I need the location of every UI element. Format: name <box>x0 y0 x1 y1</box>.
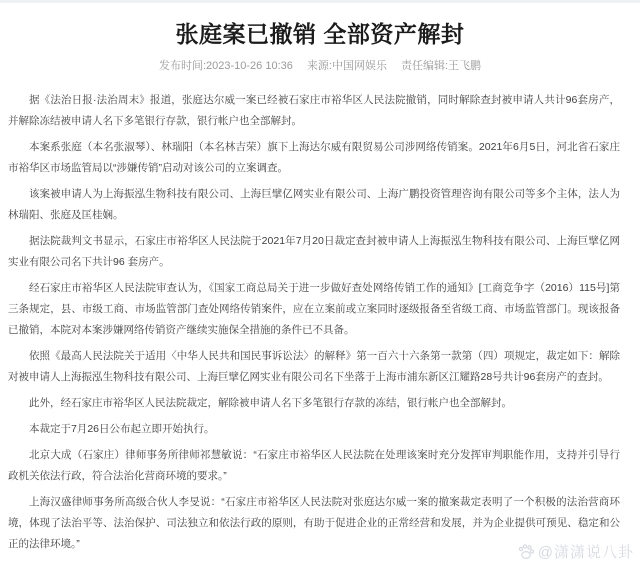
paragraph: 此外，经石家庄市裕华区人民法院裁定，解除被申请人名下多笔银行存款的冻结，银行帐户… <box>8 393 620 414</box>
editor-label: 责任编辑:王飞鹏 <box>401 60 481 72</box>
article-meta: 发布时间:2023-10-26 10:36来源:中国网娱乐责任编辑:王飞鹏 <box>0 59 640 73</box>
paragraph: 上海汉盛律师事务所高级合伙人李旻说：“石家庄市裕华区人民法院对张庭达尔威一案的撤… <box>8 492 620 555</box>
paragraph: 经石家庄市裕华区人民法院审查认为，《国家工商总局关于进一步做好查处网络传销工作的… <box>8 278 620 341</box>
paragraph: 该案被申请人为上海振泓生物科技有限公司、上海巨擘亿网实业有限公司、上海广鹏投资管… <box>8 184 620 226</box>
publish-time-label: 发布时间:2023-10-26 10:36 <box>159 60 293 72</box>
paragraph: 本裁定于7月26日公布起立即开始执行。 <box>8 419 620 440</box>
paragraph: 本案系张庭（本名张淑琴）、林瑞阳（本名林吉荣）旗下上海达尔威有限贸易公司涉网络传… <box>8 137 620 179</box>
paragraph: 据法院裁判文书显示，石家庄市裕华区人民法院于2021年7月20日裁定查封被申请人… <box>8 231 620 273</box>
article-body: 据《法治日报·法治周末》报道，张庭达尔威一案已经被石家庄市裕华区人民法院撤销，同… <box>0 90 640 555</box>
source-label: 来源:中国网娱乐 <box>307 60 387 72</box>
paragraph: 北京大成（石家庄）律师事务所律师祁慧敏说：“石家庄市裕华区人民法院在处理该案时充… <box>8 445 620 487</box>
article-title: 张庭案已撤销 全部资产解封 <box>24 18 616 50</box>
paragraph: 依照《最高人民法院关于适用〈中华人民共和国民事诉讼法〉的解释》第一百六十六条第一… <box>8 346 620 388</box>
paragraph: 据《法治日报·法治周末》报道，张庭达尔威一案已经被石家庄市裕华区人民法院撤销，同… <box>8 90 620 132</box>
page-top-strip <box>0 0 640 3</box>
